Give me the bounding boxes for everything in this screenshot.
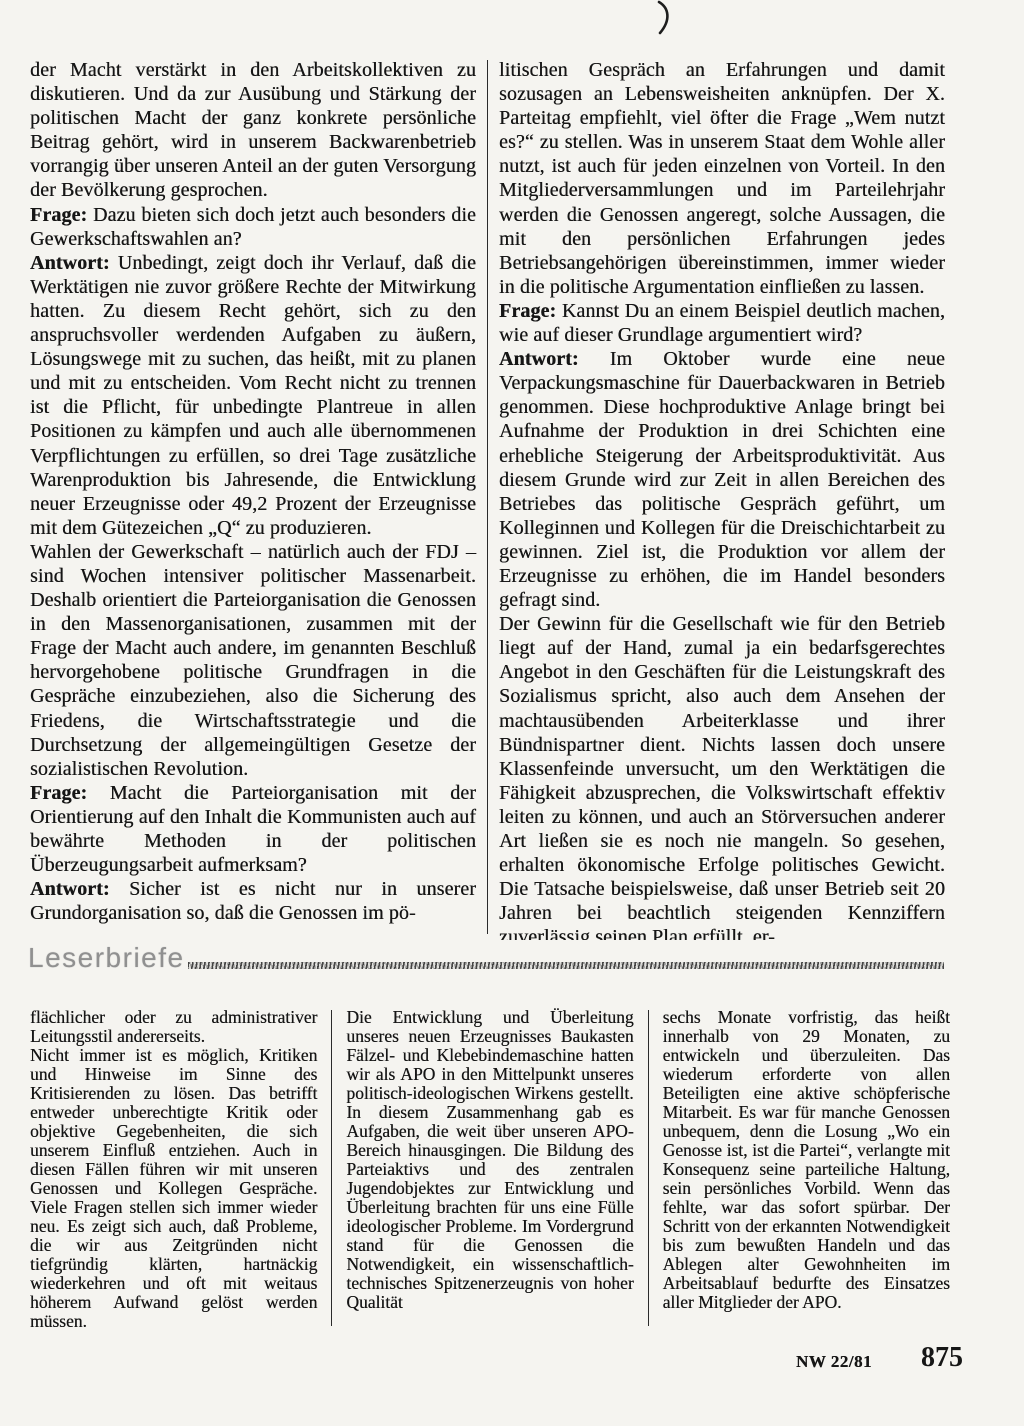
paragraph: sechs Monate vorfristig, das heißt inner… bbox=[663, 1008, 950, 1312]
paragraph: Frage:Macht die Parteiorganisation mit d… bbox=[30, 781, 476, 877]
section-header-leserbriefe: Leserbriefe bbox=[28, 942, 946, 978]
interview-two-column-section: der Macht verstärkt in den Arbeitskollek… bbox=[30, 58, 946, 940]
column-divider bbox=[648, 1010, 649, 1326]
paragraph: der Macht verstärkt in den Arbeitskollek… bbox=[30, 58, 476, 203]
paragraph-lead: Antwort: bbox=[30, 878, 129, 900]
page-number: 875 bbox=[921, 1342, 963, 1374]
paragraph: Nicht immer ist es möglich, Kritiken und… bbox=[30, 1046, 317, 1331]
paragraph: Frage:Dazu bieten sich doch jetzt auch b… bbox=[30, 203, 476, 251]
decorative-scribble-rule bbox=[188, 962, 944, 969]
paragraph: flächlicher oder zu administrativer Leit… bbox=[30, 1008, 317, 1046]
letters-column-1: flächlicher oder zu administrativer Leit… bbox=[30, 1008, 317, 1334]
paragraph-lead: Antwort: bbox=[30, 252, 118, 274]
top-right-column: litischen Gespräch an Erfahrungen und da… bbox=[499, 58, 945, 940]
paragraph: Antwort:Sicher ist es nicht nur in unser… bbox=[30, 877, 476, 925]
paragraph: litischen Gespräch an Erfahrungen und da… bbox=[499, 58, 945, 299]
paragraph-text: Wahlen der Gewerkschaft – natürlich auch… bbox=[30, 541, 476, 780]
paragraph: Antwort:Im Oktober wurde eine neue Verpa… bbox=[499, 347, 945, 612]
paragraph-text: Der Gewinn für die Gesellschaft wie für … bbox=[499, 613, 945, 940]
paragraph-text: Unbedingt, zeigt doch ihr Verlauf, daß d… bbox=[30, 252, 476, 539]
paragraph-text: Dazu bieten sich doch jetzt auch besonde… bbox=[30, 204, 476, 250]
paragraph-text: litischen Gespräch an Erfahrungen und da… bbox=[499, 59, 945, 298]
paragraph: Wahlen der Gewerkschaft – natürlich auch… bbox=[30, 540, 476, 781]
paragraph-text: Im Oktober wurde eine neue Verpackungsma… bbox=[499, 348, 945, 611]
top-left-column: der Macht verstärkt in den Arbeitskollek… bbox=[30, 58, 476, 940]
paragraph-lead: Frage: bbox=[30, 204, 93, 226]
paragraph-text: Kannst Du an einem Beispiel deutlich mac… bbox=[499, 300, 945, 346]
paragraph-text: der Macht verstärkt in den Arbeitskollek… bbox=[30, 59, 476, 201]
paragraph-lead: Frage: bbox=[30, 782, 110, 804]
letters-three-column-section: flächlicher oder zu administrativer Leit… bbox=[30, 1008, 950, 1334]
paragraph-lead: Frage: bbox=[499, 300, 562, 322]
ink-blot-artifact bbox=[652, 0, 682, 41]
magazine-page: der Macht verstärkt in den Arbeitskollek… bbox=[0, 0, 1024, 1426]
paragraph: Frage:Kannst Du an einem Beispiel deutli… bbox=[499, 299, 945, 347]
letters-column-3: sechs Monate vorfristig, das heißt inner… bbox=[663, 1008, 950, 1334]
column-divider bbox=[331, 1010, 332, 1326]
journal-reference: NW 22/81 bbox=[796, 1352, 872, 1372]
section-title: Leserbriefe bbox=[28, 942, 185, 973]
paragraph-lead: Antwort: bbox=[499, 348, 610, 370]
paragraph: Antwort:Unbedingt, zeigt doch ihr Verlau… bbox=[30, 251, 476, 540]
paragraph: Der Gewinn für die Gesellschaft wie für … bbox=[499, 612, 945, 940]
paragraph: Die Entwicklung und Überleitung unseres … bbox=[346, 1008, 633, 1312]
letters-column-2: Die Entwicklung und Überleitung unseres … bbox=[346, 1008, 633, 1334]
column-divider bbox=[487, 60, 488, 934]
